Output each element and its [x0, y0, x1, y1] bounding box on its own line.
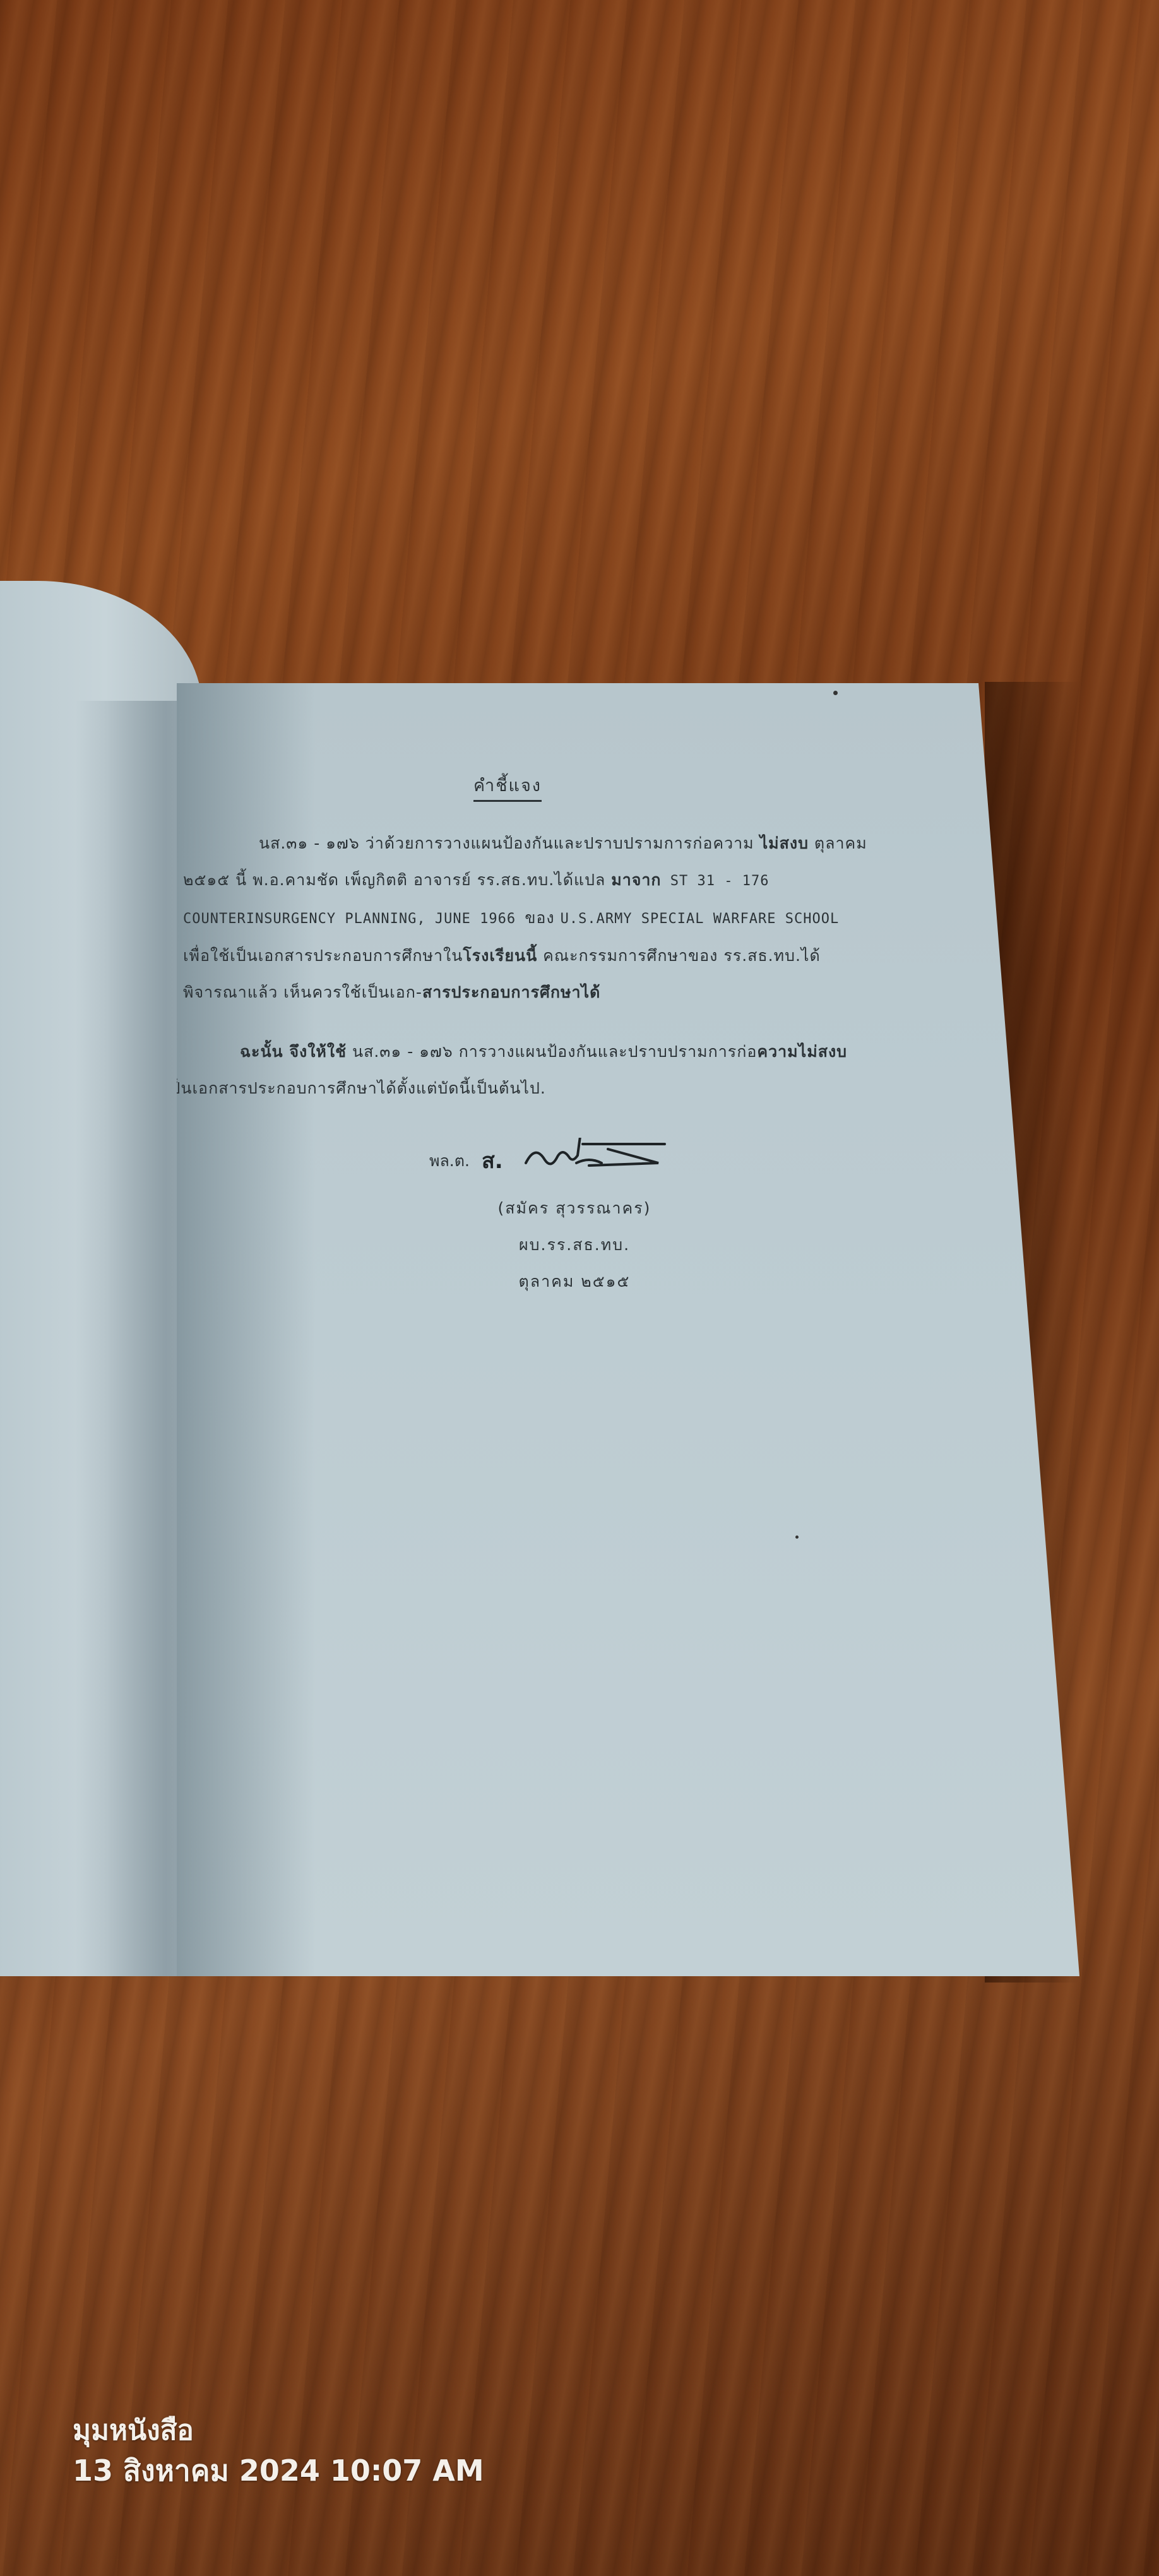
paragraph-2-body: ฉะนั้น จึงให้ใช้ นส.๓๑ - ๑๗๖ การวางแผนป้…	[164, 1042, 847, 1097]
signer-rank: พล.ต.	[429, 1148, 470, 1174]
handwritten-signature: ส.	[482, 1138, 671, 1184]
text-segment: ความไม่สงบ	[757, 1042, 847, 1061]
paragraph-1-body: นส.๓๑ - ๑๗๖ ว่าด้วยการวางแผนป้องกันและปร…	[183, 834, 867, 1001]
text-segment: สารประกอบการศึกษาได้	[422, 983, 600, 1001]
watermark-label: มุมหนังสือ	[73, 2412, 484, 2450]
text-segment: นส.๓๑ - ๑๗๖ ว่าด้วยการวางแผนป้องกันและปร…	[259, 834, 760, 852]
text-segment: มาจาก	[611, 871, 661, 889]
text-segment: เพื่อใช้เป็นเอกสารประกอบการศึกษาใน	[183, 946, 463, 965]
text-segment: โรงเรียนนี้	[463, 946, 537, 965]
signer-position: ผบ.รร.สธ.ทบ.	[429, 1232, 720, 1258]
text-segment: ของ	[525, 909, 560, 927]
paragraph-2: ฉะนั้น จึงให้ใช้ นส.๓๑ - ๑๗๖ การวางแผนป้…	[164, 1034, 877, 1107]
signer-name: (สมัคร สุวรรณาคร)	[429, 1196, 720, 1221]
paragraph-1: นส.๓๑ - ๑๗๖ ว่าด้วยการวางแผนป้องกันและปร…	[183, 825, 871, 1011]
paper-speck	[833, 691, 838, 695]
signature-block: พล.ต. ส. (สมัคร สุวรรณาคร) ผบ.รร.สธ.ทบ. …	[429, 1138, 745, 1294]
document-page: คำชี้แจง นส.๓๑ - ๑๗๖ ว่าด้วยการวางแผนป้อ…	[177, 683, 1079, 1976]
document-date: ตุลาคม ๒๕๑๕	[429, 1269, 720, 1294]
paper-speck	[795, 1535, 799, 1539]
photo-watermark: มุมหนังสือ 13 สิงหาคม 2024 10:07 AM	[73, 2412, 484, 2491]
document-content: คำชี้แจง นส.๓๑ - ๑๗๖ ว่าด้วยการวางแผนป้อ…	[177, 683, 1079, 1976]
text-segment: ไม่สงบ	[760, 834, 809, 852]
text-segment: ฉะนั้น จึงให้ใช้	[240, 1042, 347, 1061]
page-title: คำชี้แจง	[473, 772, 542, 802]
svg-text:ส.: ส.	[482, 1148, 503, 1174]
text-segment: เป็นเอกสารประกอบการศึกษาได้ตั้งแต่บัดนี้…	[164, 1079, 546, 1097]
text-segment: นส.๓๑ - ๑๗๖ การวางแผนป้องกันและปราบปรามก…	[347, 1042, 757, 1061]
text-segment: U.S.ARMY SPECIAL WARFARE SCHOOL	[561, 911, 840, 927]
watermark-datetime: 13 สิงหาคม 2024 10:07 AM	[73, 2450, 484, 2491]
